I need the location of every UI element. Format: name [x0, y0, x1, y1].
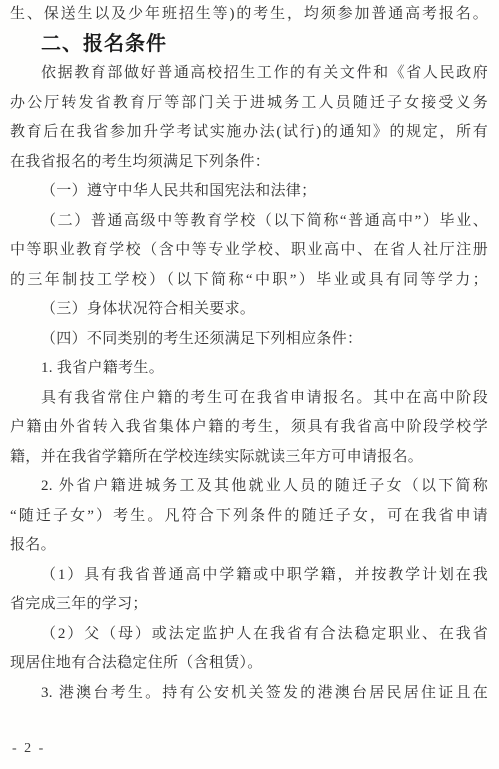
text-line: 中等职业教育学校（含中等专业学校、职业高中、在省人社厅注册: [10, 236, 488, 266]
text-line: （二）普通高级中等教育学校（以下简称“普通高中”）毕业、: [10, 207, 488, 237]
text-line: 1. 我省户籍考生。: [10, 354, 488, 384]
text-line: “随迁子女”）考生。凡符合下列条件的随迁子女，可在我省申请: [10, 502, 488, 532]
document-body: 生、保送生以及少年班招生等)的考生，均须参加普通高考报名。二、报名条件依据教育部…: [10, 0, 488, 708]
text-line: 在我省报名的考生均须满足下列条件：: [10, 148, 488, 178]
section-heading: 二、报名条件: [10, 30, 488, 60]
text-line: （三）身体状况符合相关要求。: [10, 295, 488, 325]
text-line: （四）不同类别的考生还须满足下列相应条件：: [10, 325, 488, 355]
text-line: 具有我省常住户籍的考生可在我省申请报名。其中在高中阶段: [10, 384, 488, 414]
text-line: （一）遵守中华人民共和国宪法和法律；: [10, 177, 488, 207]
text-line: 教育后在我省参加升学考试实施办法(试行)的通知》的规定，所有: [10, 118, 488, 148]
document-page: 生、保送生以及少年班招生等)的考生，均须参加普通高考报名。二、报名条件依据教育部…: [0, 0, 499, 769]
text-line: 报名。: [10, 531, 488, 561]
text-line: （1）具有我省普通高中学籍或中职学籍，并按教学计划在我: [10, 561, 488, 591]
text-line: 户籍由外省转入我省集体户籍的考生，须具有我省高中阶段学校学: [10, 413, 488, 443]
text-line: 办公厅转发省教育厅等部门关于进城务工人员随迁子女接受义务: [10, 89, 488, 119]
text-line: 依据教育部做好普通高校招生工作的有关文件和《省人民政府: [10, 59, 488, 89]
page-number: - 2 -: [12, 740, 45, 758]
text-line: 生、保送生以及少年班招生等)的考生，均须参加普通高考报名。: [10, 0, 488, 30]
text-line: （2）父（母）或法定监护人在我省有合法稳定职业、在我省: [10, 620, 488, 650]
text-line: 的三年制技工学校）（以下简称“中职”）毕业或具有同等学力；: [10, 266, 488, 296]
text-line: 省完成三年的学习；: [10, 590, 488, 620]
text-line: 2. 外省户籍进城务工及其他就业人员的随迁子女（以下简称: [10, 472, 488, 502]
text-line: 现居住地有合法稳定住所（含租赁）。: [10, 649, 488, 679]
text-line: 籍，并在我省学籍所在学校连续实际就读三年方可申请报名。: [10, 443, 488, 473]
text-line: 3. 港澳台考生。持有公安机关签发的港澳台居民居住证且在: [10, 679, 488, 709]
